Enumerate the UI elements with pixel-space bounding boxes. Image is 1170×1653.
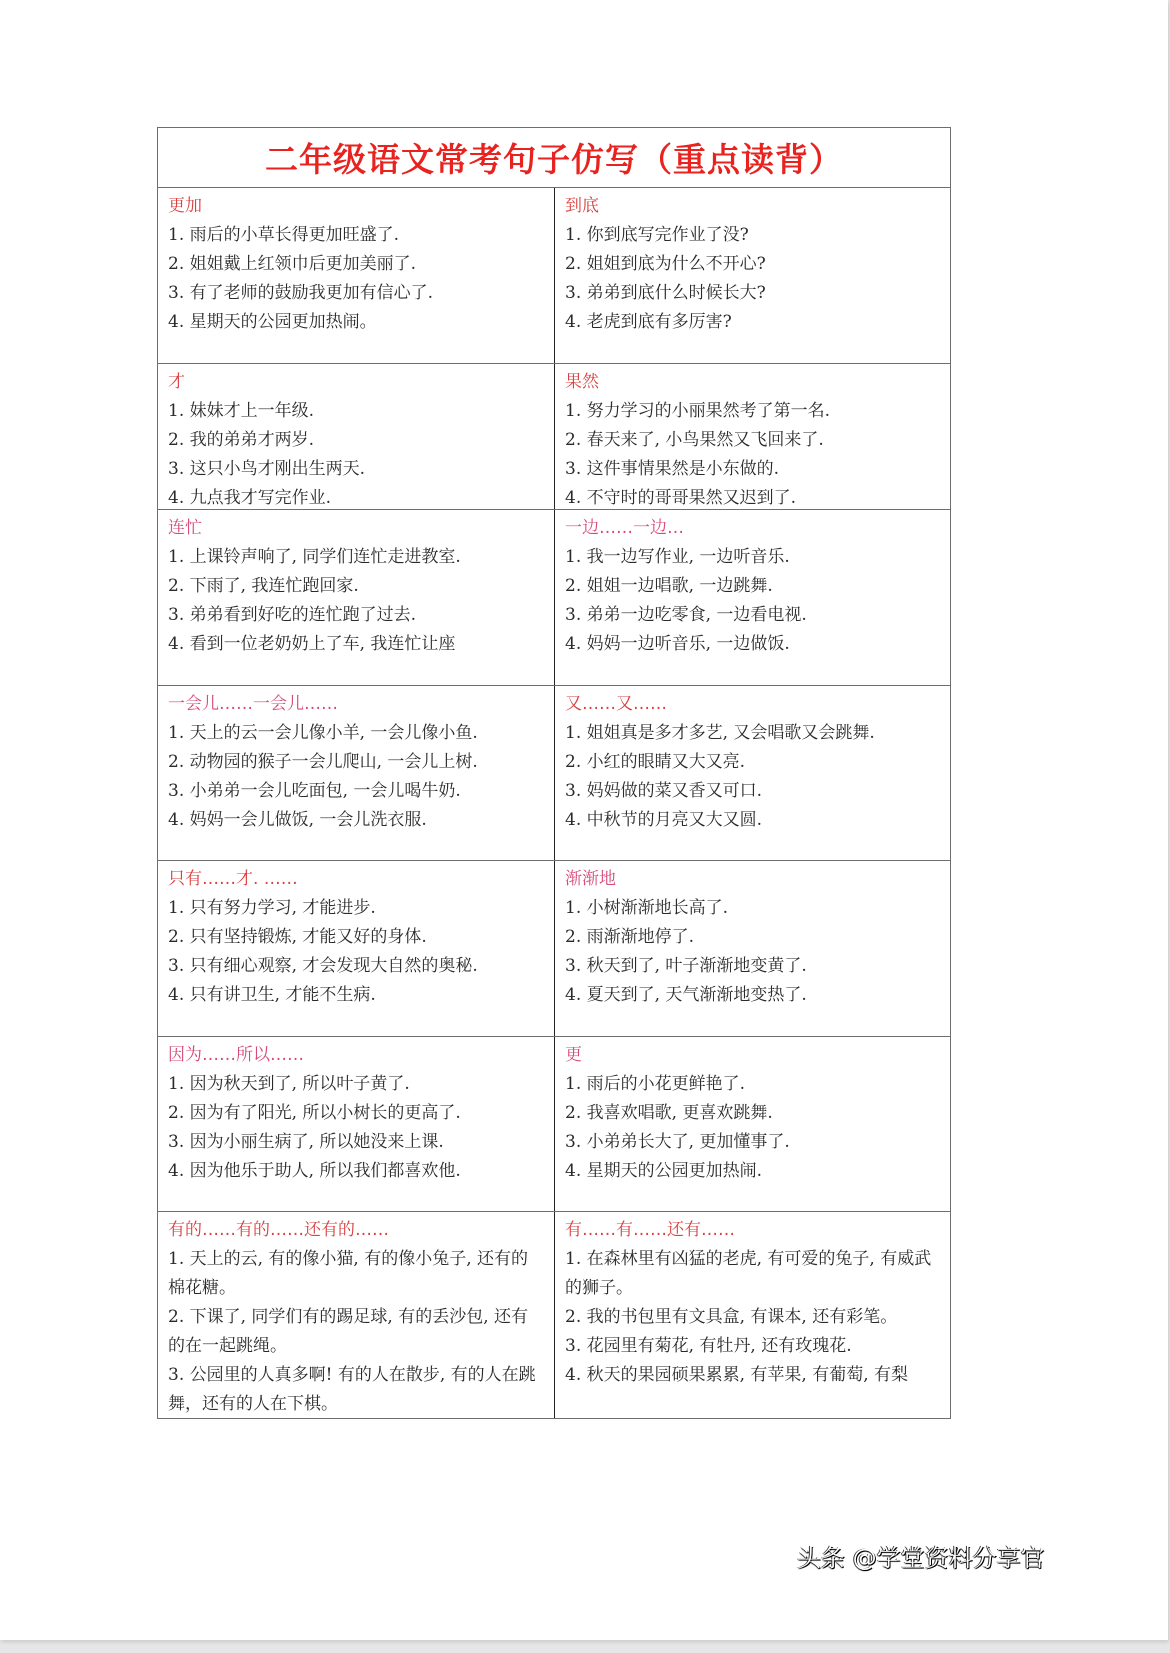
sentence: 2. 我的书包里有文具盒, 有课本, 还有彩笔。 xyxy=(565,1303,940,1332)
cell-right: 果然 1. 努力学习的小丽果然考了第一名. 2. 春天来了, 小鸟果然又飞回来了… xyxy=(554,364,950,509)
sentence: 2. 动物园的猴子一会儿爬山, 一会儿上树. xyxy=(168,748,544,777)
cell-left: 因为……所以…… 1. 因为秋天到了, 所以叶子黄了. 2. 因为有了阳光, 所… xyxy=(158,1037,554,1211)
sentence: 1. 我一边写作业, 一边听音乐. xyxy=(565,543,940,572)
sentence: 3. 秋天到了, 叶子渐渐地变黄了. xyxy=(565,952,940,981)
cell-heading: 只有……才. …… xyxy=(168,865,544,894)
sentence: 4. 星期天的公园更加热闹。 xyxy=(168,308,544,337)
cell-right: 有……有……还有…… 1. 在森林里有凶猛的老虎, 有可爱的兔子, 有威武的狮子… xyxy=(554,1212,950,1418)
sentence: 3. 弟弟一边吃零食, 一边看电视. xyxy=(565,601,940,630)
cell-left: 才 1. 妹妹才上一年级. 2. 我的弟弟才两岁. 3. 这只小鸟才刚出生两天.… xyxy=(158,364,554,509)
sentence: 1. 雨后的小草长得更加旺盛了. xyxy=(168,221,544,250)
sentence: 4. 九点我才写完作业. xyxy=(168,484,544,513)
sentence: 3. 有了老师的鼓励我更加有信心了. xyxy=(168,279,544,308)
sentence: 4. 不守时的哥哥果然又迟到了. xyxy=(565,484,940,513)
sentence: 4. 妈妈一边听音乐, 一边做饭. xyxy=(565,630,940,659)
sentence: 2. 姐姐戴上红领巾后更加美丽了. xyxy=(168,250,544,279)
sentence: 1. 在森林里有凶猛的老虎, 有可爱的兔子, 有威武的狮子。 xyxy=(565,1245,940,1303)
sentence: 4. 妈妈一会儿做饭, 一会儿洗衣服. xyxy=(168,806,544,835)
cell-left: 更加 1. 雨后的小草长得更加旺盛了. 2. 姐姐戴上红领巾后更加美丽了. 3.… xyxy=(158,188,554,363)
cell-heading: 渐渐地 xyxy=(565,865,940,894)
cell-right: 到底 1. 你到底写完作业了没? 2. 姐姐到底为什么不开心? 3. 弟弟到底什… xyxy=(554,188,950,363)
table-row: 才 1. 妹妹才上一年级. 2. 我的弟弟才两岁. 3. 这只小鸟才刚出生两天.… xyxy=(158,364,950,510)
sentence: 3. 小弟弟长大了, 更加懂事了. xyxy=(565,1128,940,1157)
sentence: 2. 只有坚持锻炼, 才能又好的身体. xyxy=(168,923,544,952)
sentence: 2. 小红的眼睛又大又亮. xyxy=(565,748,940,777)
sentence: 2. 姐姐到底为什么不开心? xyxy=(565,250,940,279)
sentence: 1. 天上的云一会儿像小羊, 一会儿像小鱼. xyxy=(168,719,544,748)
sentence: 1. 只有努力学习, 才能进步. xyxy=(168,894,544,923)
sentence: 4. 因为他乐于助人, 所以我们都喜欢他. xyxy=(168,1157,544,1186)
sentence: 4. 夏天到了, 天气渐渐地变热了. xyxy=(565,981,940,1010)
cell-heading: 才 xyxy=(168,368,544,397)
page-title: 二年级语文常考句子仿写（重点读背） xyxy=(265,134,843,181)
sentence: 2. 雨渐渐地停了. xyxy=(565,923,940,952)
sentence: 3. 小弟弟一会儿吃面包, 一会儿喝牛奶. xyxy=(168,777,544,806)
table-row: 更加 1. 雨后的小草长得更加旺盛了. 2. 姐姐戴上红领巾后更加美丽了. 3.… xyxy=(158,188,950,364)
cell-left: 连忙 1. 上课铃声响了, 同学们连忙走进教室. 2. 下雨了, 我连忙跑回家.… xyxy=(158,510,554,685)
sentence: 1. 你到底写完作业了没? xyxy=(565,221,940,250)
sentence: 2. 下课了, 同学们有的踢足球, 有的丢沙包, 还有的在一起跳绳。 xyxy=(168,1303,544,1361)
sentence: 1. 努力学习的小丽果然考了第一名. xyxy=(565,397,940,426)
cell-heading: 更 xyxy=(565,1041,940,1070)
table-row: 只有……才. …… 1. 只有努力学习, 才能进步. 2. 只有坚持锻炼, 才能… xyxy=(158,861,950,1037)
page: 二年级语文常考句子仿写（重点读背） 更加 1. 雨后的小草长得更加旺盛了. 2.… xyxy=(0,0,1168,1640)
table-row: 因为……所以…… 1. 因为秋天到了, 所以叶子黄了. 2. 因为有了阳光, 所… xyxy=(158,1037,950,1212)
sentence: 1. 姐姐真是多才多艺, 又会唱歌又会跳舞. xyxy=(565,719,940,748)
sentence: 3. 妈妈做的菜又香又可口. xyxy=(565,777,940,806)
cell-heading: 连忙 xyxy=(168,514,544,543)
cell-heading: 有……有……还有…… xyxy=(565,1216,940,1245)
title-row: 二年级语文常考句子仿写（重点读背） xyxy=(158,128,950,188)
cell-right: 一边……一边… 1. 我一边写作业, 一边听音乐. 2. 姐姐一边唱歌, 一边跳… xyxy=(554,510,950,685)
cell-heading: 更加 xyxy=(168,192,544,221)
sentence: 1. 妹妹才上一年级. xyxy=(168,397,544,426)
sentence: 3. 公园里的人真多啊! 有的人在散步, 有的人在跳舞，还有的人在下棋。 xyxy=(168,1361,544,1419)
sentence: 1. 小树渐渐地长高了. xyxy=(565,894,940,923)
cell-left: 有的……有的……还有的…… 1. 天上的云, 有的像小猫, 有的像小兔子, 还有… xyxy=(158,1212,554,1418)
cell-heading: 又……又…… xyxy=(565,690,940,719)
sentence: 4. 老虎到底有多厉害? xyxy=(565,308,940,337)
sentence: 3. 这件事情果然是小东做的. xyxy=(565,455,940,484)
sentence: 3. 因为小丽生病了, 所以她没来上课. xyxy=(168,1128,544,1157)
sentence: 4. 只有讲卫生, 才能不生病. xyxy=(168,981,544,1010)
cell-left: 只有……才. …… 1. 只有努力学习, 才能进步. 2. 只有坚持锻炼, 才能… xyxy=(158,861,554,1036)
cell-left: 一会儿……一会儿…… 1. 天上的云一会儿像小羊, 一会儿像小鱼. 2. 动物园… xyxy=(158,686,554,860)
sentence: 3. 花园里有菊花, 有牡丹, 还有玫瑰花. xyxy=(565,1332,940,1361)
sentence: 1. 天上的云, 有的像小猫, 有的像小兔子, 还有的棉花糖。 xyxy=(168,1245,544,1303)
table-row: 有的……有的……还有的…… 1. 天上的云, 有的像小猫, 有的像小兔子, 还有… xyxy=(158,1212,950,1418)
sentence: 1. 因为秋天到了, 所以叶子黄了. xyxy=(168,1070,544,1099)
sentence: 2. 春天来了, 小鸟果然又飞回来了. xyxy=(565,426,940,455)
table-row: 一会儿……一会儿…… 1. 天上的云一会儿像小羊, 一会儿像小鱼. 2. 动物园… xyxy=(158,686,950,861)
cell-heading: 因为……所以…… xyxy=(168,1041,544,1070)
sentence: 1. 雨后的小花更鲜艳了. xyxy=(565,1070,940,1099)
cell-heading: 有的……有的……还有的…… xyxy=(168,1216,544,1245)
sentence: 3. 只有细心观察, 才会发现大自然的奥秘. xyxy=(168,952,544,981)
cell-right: 更 1. 雨后的小花更鲜艳了. 2. 我喜欢唱歌, 更喜欢跳舞. 3. 小弟弟长… xyxy=(554,1037,950,1211)
table-row: 连忙 1. 上课铃声响了, 同学们连忙走进教室. 2. 下雨了, 我连忙跑回家.… xyxy=(158,510,950,686)
cell-heading: 果然 xyxy=(565,368,940,397)
cell-heading: 到底 xyxy=(565,192,940,221)
sentence: 2. 我的弟弟才两岁. xyxy=(168,426,544,455)
cell-heading: 一会儿……一会儿…… xyxy=(168,690,544,719)
watermark: 头条 @学堂资料分享官 xyxy=(797,1538,1045,1573)
sentence: 1. 上课铃声响了, 同学们连忙走进教室. xyxy=(168,543,544,572)
cell-right: 又……又…… 1. 姐姐真是多才多艺, 又会唱歌又会跳舞. 2. 小红的眼睛又大… xyxy=(554,686,950,860)
sentence: 3. 这只小鸟才刚出生两天. xyxy=(168,455,544,484)
sentence: 4. 中秋节的月亮又大又圆. xyxy=(565,806,940,835)
sentence: 2. 我喜欢唱歌, 更喜欢跳舞. xyxy=(565,1099,940,1128)
sentence: 4. 秋天的果园硕果累累, 有苹果, 有葡萄, 有梨 xyxy=(565,1361,940,1390)
sentence: 2. 姐姐一边唱歌, 一边跳舞. xyxy=(565,572,940,601)
cell-right: 渐渐地 1. 小树渐渐地长高了. 2. 雨渐渐地停了. 3. 秋天到了, 叶子渐… xyxy=(554,861,950,1036)
sentence: 4. 看到一位老奶奶上了车, 我连忙让座 xyxy=(168,630,544,659)
sentence: 3. 弟弟到底什么时候长大? xyxy=(565,279,940,308)
sentence-sheet: 二年级语文常考句子仿写（重点读背） 更加 1. 雨后的小草长得更加旺盛了. 2.… xyxy=(157,127,951,1419)
sentence: 4. 星期天的公园更加热闹. xyxy=(565,1157,940,1186)
cell-heading: 一边……一边… xyxy=(565,514,940,543)
sentence: 2. 下雨了, 我连忙跑回家. xyxy=(168,572,544,601)
sentence: 2. 因为有了阳光, 所以小树长的更高了. xyxy=(168,1099,544,1128)
sentence: 3. 弟弟看到好吃的连忙跑了过去. xyxy=(168,601,544,630)
